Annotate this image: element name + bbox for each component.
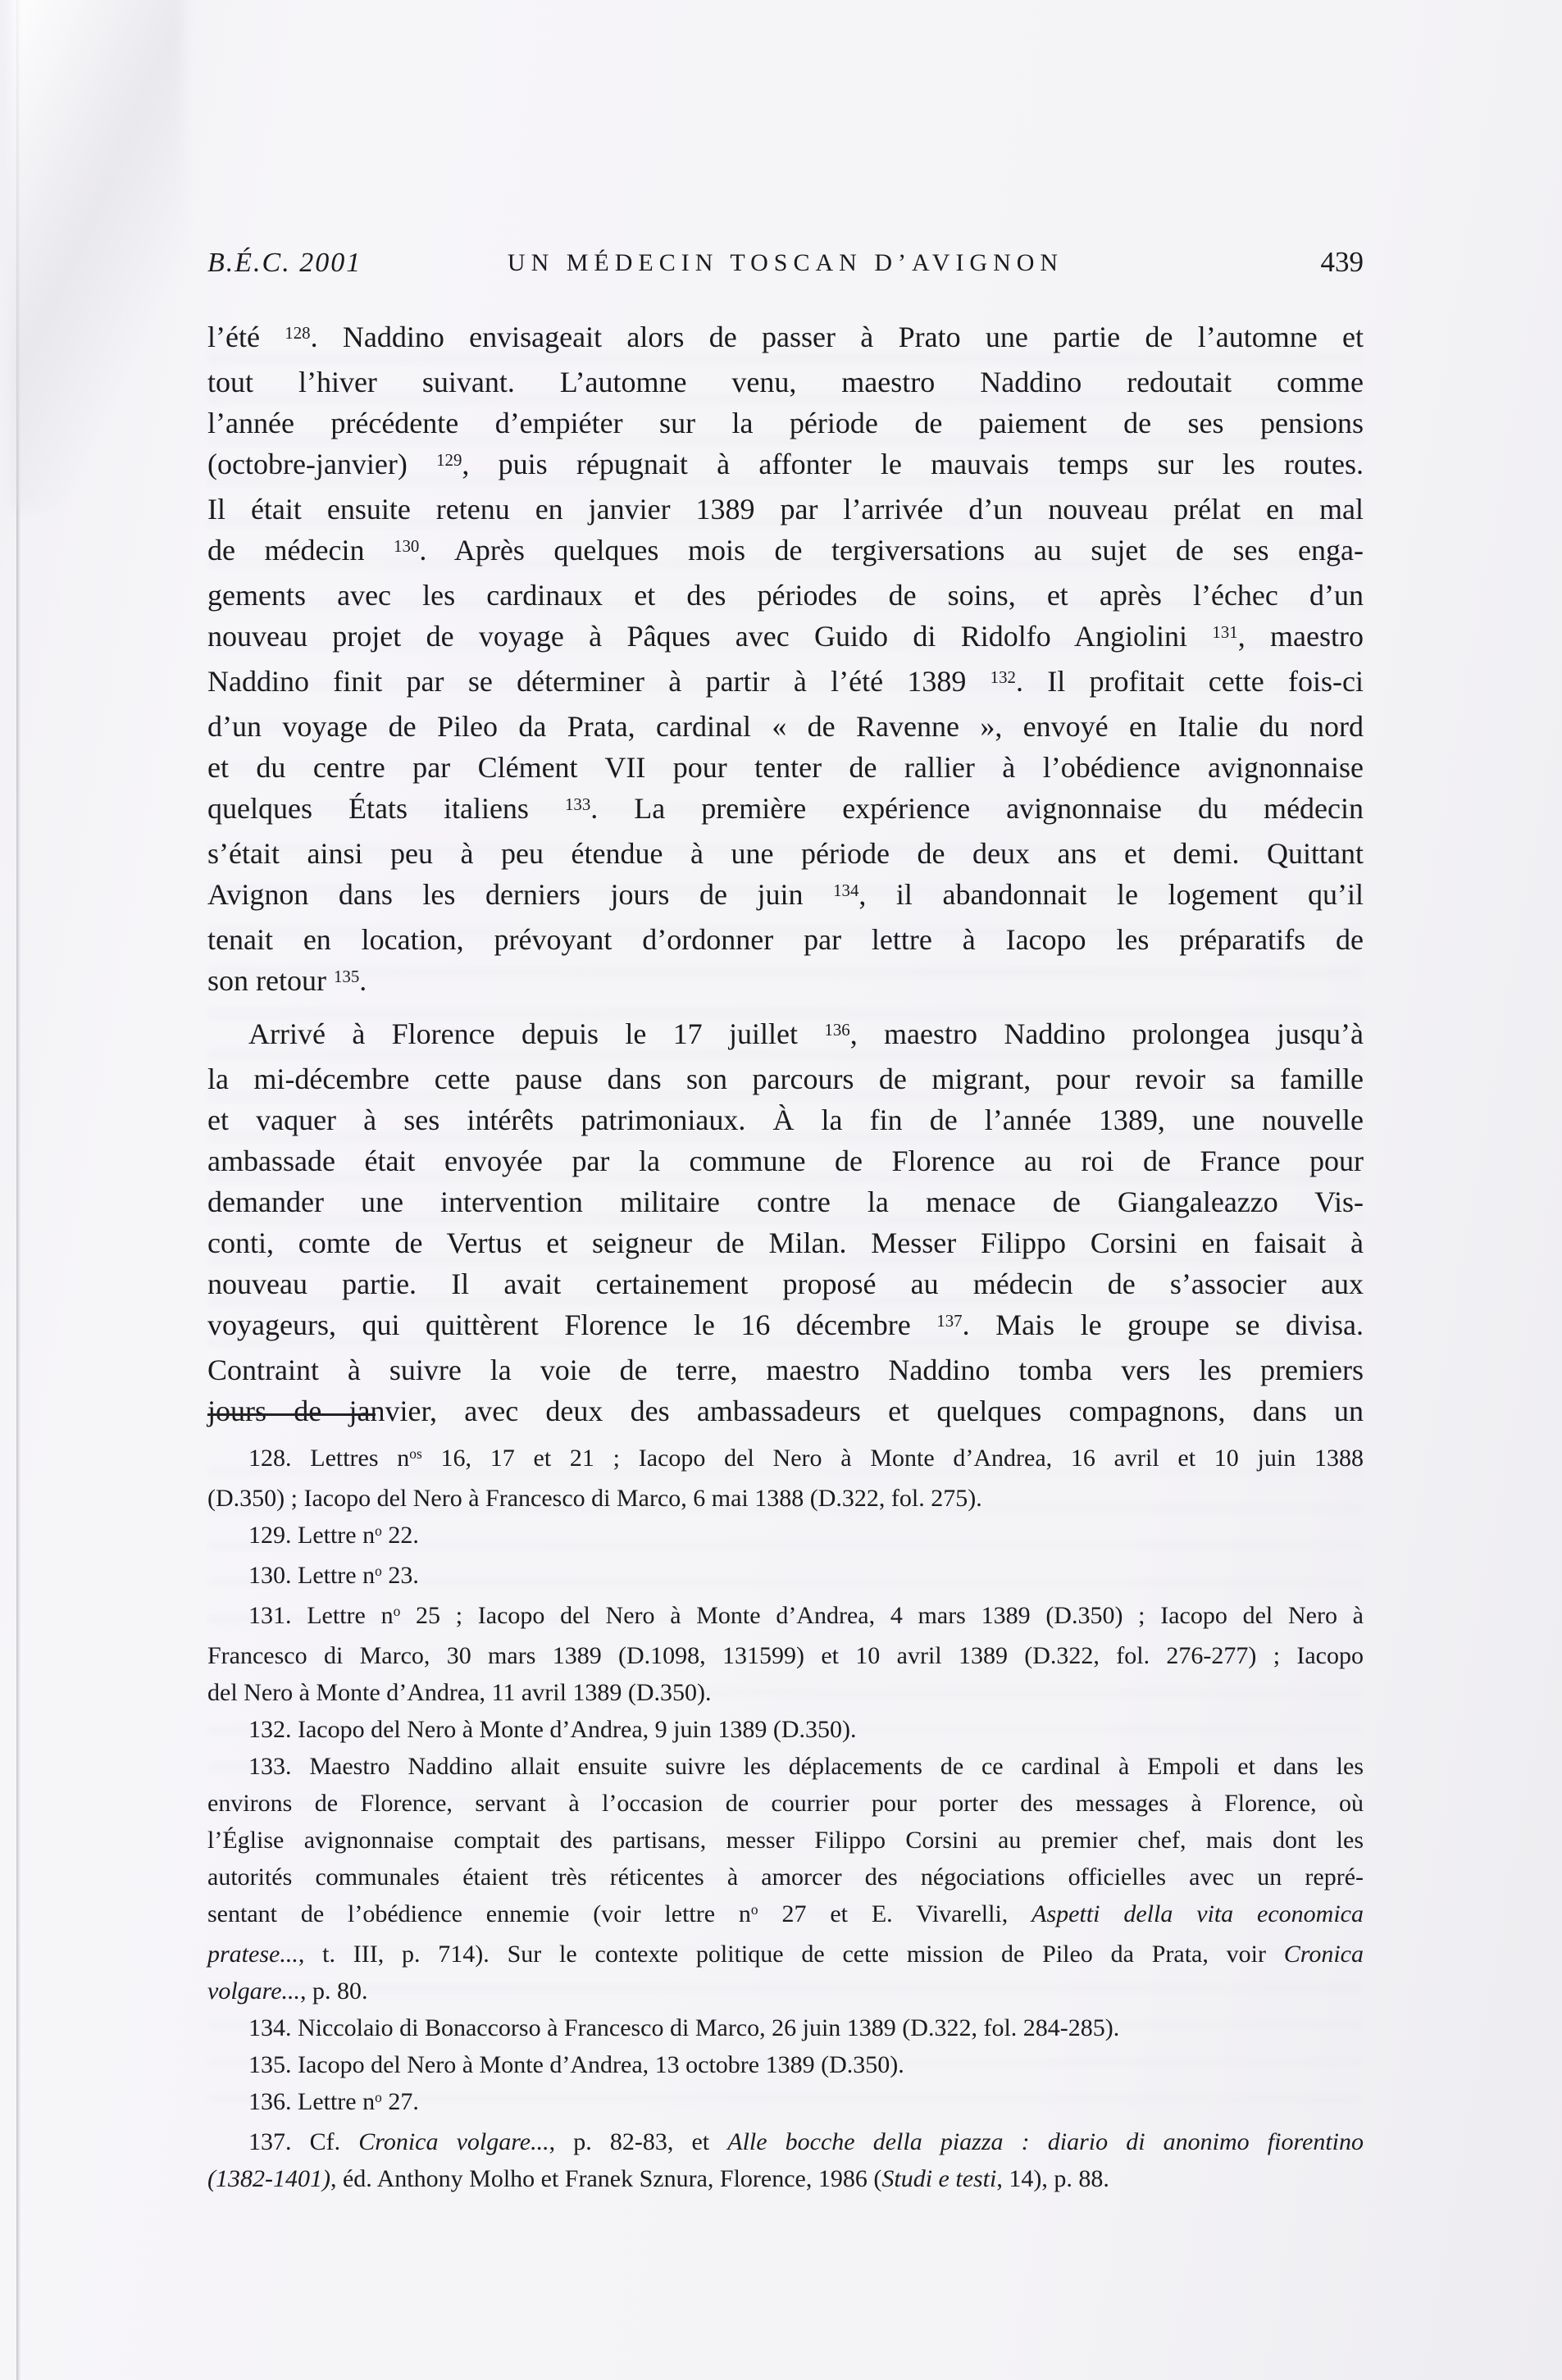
text-run: . Après quelques mois de tergiversations…	[419, 534, 1364, 567]
footnote: 134. Niccolaio di Bonaccorso à Francesco…	[207, 2009, 1364, 2046]
text-run: Francesco di Marco, 30 mars 1389 (D.1098…	[207, 1642, 1364, 1669]
text-line: gements avec les cardinaux et des périod…	[207, 575, 1364, 616]
text-line: (octobre-janvier) 129, puis répugnait à …	[207, 444, 1364, 489]
footnote: 135. Iacopo del Nero à Monte d’Andrea, 1…	[207, 2046, 1364, 2083]
text-run: , maestro Naddino prolongea jusqu’à	[850, 1017, 1364, 1050]
italic-text: Aspetti della vita economica	[1031, 1900, 1364, 1927]
text-line: son retour 135.	[207, 960, 1364, 1005]
text-run: , t. III, p. 714). Sur le contexte polit…	[298, 1941, 1284, 1968]
text-run: 128. Lettres n	[248, 1445, 409, 1472]
footnote-reference: o	[394, 1603, 401, 1619]
text-line: s’était ainsi peu à peu étendue à une pé…	[207, 833, 1364, 874]
text-run: jours de janvier, avec deux des ambassad…	[207, 1395, 1364, 1427]
text-run: et du centre par Clément VII pour tenter…	[207, 751, 1364, 784]
text-run: 136. Lettre n	[248, 2088, 375, 2115]
text-run: , il abandonnait le logement qu’il	[858, 878, 1364, 911]
text-run: . Mais le groupe se divisa.	[963, 1308, 1364, 1341]
text-run: . La première expérience avignonnaise du…	[590, 792, 1364, 825]
footnote-reference: 133	[565, 794, 590, 814]
footnote: 128. Lettres nos 16, 17 et 21 ; Iacopo d…	[207, 1440, 1364, 1517]
text-run: del Nero à Monte d’Andrea, 11 avril 1389…	[207, 1679, 712, 1706]
text-run: sentant de l’obédience ennemie (voir let…	[207, 1900, 751, 1927]
text-line: Il était ensuite retenu en janvier 1389 …	[207, 489, 1364, 530]
text-run: 23.	[382, 1562, 419, 1589]
text-run: 129. Lettre n	[248, 1522, 375, 1549]
paragraph: l’été 128. Naddino envisageait alors de …	[207, 316, 1364, 1005]
text-line: conti, comte de Vertus et seigneur de Mi…	[207, 1222, 1364, 1263]
text-line: 129. Lettre no 22.	[207, 1517, 1364, 1557]
text-line: ambassade était envoyée par la commune d…	[207, 1140, 1364, 1181]
footnote: 137. Cf. Cronica volgare..., p. 82-83, e…	[207, 2123, 1364, 2197]
text-run: gements avec les cardinaux et des périod…	[207, 579, 1364, 612]
text-run: nouveau projet de voyage à Pâques avec G…	[207, 620, 1212, 653]
text-run: et vaquer à ses intérêts patrimoniaux. À…	[207, 1104, 1364, 1136]
footnote: 129. Lettre no 22.	[207, 1517, 1364, 1557]
running-title: UN MÉDECIN TOSCAN D’AVIGNON	[508, 249, 1063, 277]
text-line: (D.350) ; Iacopo del Nero à Francesco di…	[207, 1480, 1364, 1517]
text-run: 133. Maestro Naddino allait ensuite suiv…	[248, 1753, 1364, 1780]
text-run: environs de Florence, servant à l’occasi…	[207, 1790, 1364, 1817]
page-header: B.É.C. 2001 UN MÉDECIN TOSCAN D’AVIGNON …	[207, 241, 1364, 280]
scanned-page: B.É.C. 2001 UN MÉDECIN TOSCAN D’AVIGNON …	[0, 0, 1562, 2380]
text-run: de médecin	[207, 534, 394, 567]
italic-text: Alle bocche della piazza : diario di ano…	[727, 2128, 1364, 2155]
footnote-reference: o	[375, 1522, 382, 1539]
text-run: 25 ; Iacopo del Nero à Monte d’Andrea, 4…	[400, 1602, 1364, 1629]
text-run: son retour	[207, 964, 334, 997]
text-run: Contraint à suivre la voie de terre, mae…	[207, 1354, 1364, 1386]
footnote-separator	[207, 1413, 376, 1416]
text-run: Naddino finit par se déterminer à partir…	[207, 665, 990, 698]
text-run: Arrivé à Florence depuis le 17 juillet	[248, 1017, 824, 1050]
footnote-reference: 134	[833, 881, 858, 900]
text-line: 128. Lettres nos 16, 17 et 21 ; Iacopo d…	[207, 1440, 1364, 1480]
text-run: (D.350) ; Iacopo del Nero à Francesco di…	[207, 1485, 982, 1512]
text-line: nouveau partie. Il avait certainement pr…	[207, 1263, 1364, 1304]
text-line: d’un voyage de Pileo da Prata, cardinal …	[207, 706, 1364, 747]
text-line: demander une intervention militaire cont…	[207, 1181, 1364, 1222]
text-run: 130. Lettre n	[248, 1562, 375, 1589]
text-run: l’année précédente d’empiéter sur la pér…	[207, 407, 1364, 439]
text-line: 131. Lettre no 25 ; Iacopo del Nero à Mo…	[207, 1597, 1364, 1637]
text-line: l’Église avignonnaise comptait des parti…	[207, 1822, 1364, 1859]
text-run: Avignon dans les derniers jours de juin	[207, 878, 833, 911]
text-line: (1382-1401), éd. Anthony Molho et Franek…	[207, 2160, 1364, 2197]
text-line: Contraint à suivre la voie de terre, mae…	[207, 1349, 1364, 1390]
text-line: volgare..., p. 80.	[207, 1973, 1364, 2009]
text-run: voyageurs, qui quittèrent Florence le 16…	[207, 1308, 936, 1341]
text-run: , p. 82-83, et	[549, 2128, 728, 2155]
text-line: Naddino finit par se déterminer à partir…	[207, 661, 1364, 706]
text-run: . Naddino envisageait alors de passer à …	[311, 321, 1364, 353]
journal-issue: B.É.C. 2001	[207, 248, 362, 279]
italic-text: Studi e testi	[881, 2165, 996, 2192]
text-run: , p. 80.	[300, 1977, 368, 2005]
text-line: sentant de l’obédience ennemie (voir let…	[207, 1895, 1364, 1936]
footnote: 130. Lettre no 23.	[207, 1557, 1364, 1597]
footnote-reference: 132	[990, 667, 1016, 687]
footnote-reference: 131	[1212, 622, 1237, 642]
footnote: 131. Lettre no 25 ; Iacopo del Nero à Mo…	[207, 1597, 1364, 1711]
text-line: l’année précédente d’empiéter sur la pér…	[207, 403, 1364, 444]
footnote-reference: 129	[436, 450, 462, 470]
text-run: l’été	[207, 321, 285, 353]
paper-crease	[11, 0, 184, 508]
text-line: pratese..., t. III, p. 714). Sur le cont…	[207, 1936, 1364, 1973]
italic-text: pratese...	[207, 1941, 298, 1968]
footnote-reference: 136	[824, 1020, 849, 1040]
paragraph: Arrivé à Florence depuis le 17 juillet 1…	[207, 1013, 1364, 1431]
text-line: voyageurs, qui quittèrent Florence le 16…	[207, 1304, 1364, 1349]
text-run: .	[359, 964, 367, 997]
text-run: ambassade était envoyée par la commune d…	[207, 1144, 1364, 1177]
text-run: nouveau partie. Il avait certainement pr…	[207, 1267, 1364, 1300]
text-line: autorités communales étaient très rétice…	[207, 1859, 1364, 1895]
text-line: 130. Lettre no 23.	[207, 1557, 1364, 1597]
text-line: l’été 128. Naddino envisageait alors de …	[207, 316, 1364, 362]
text-run: , maestro	[1238, 620, 1364, 653]
text-line: Arrivé à Florence depuis le 17 juillet 1…	[207, 1013, 1364, 1058]
footnote-reference: 137	[936, 1311, 962, 1331]
text-line: 137. Cf. Cronica volgare..., p. 82-83, e…	[207, 2123, 1364, 2160]
footnote-reference: 130	[394, 536, 419, 556]
footnote: 136. Lettre no 27.	[207, 2083, 1364, 2123]
footnote-reference: os	[409, 1445, 421, 1462]
text-run: , puis répugnait à affonter le mauvais t…	[462, 448, 1364, 480]
text-run: autorités communales étaient très rétice…	[207, 1863, 1364, 1891]
text-line: 135. Iacopo del Nero à Monte d’Andrea, 1…	[207, 2046, 1364, 2083]
text-line: tout l’hiver suivant. L’automne venu, ma…	[207, 362, 1364, 403]
footnote-reference: 128	[285, 323, 310, 343]
page-number: 439	[1321, 246, 1364, 279]
text-line: quelques États italiens 133. La première…	[207, 788, 1364, 833]
text-run: s’était ainsi peu à peu étendue à une pé…	[207, 837, 1364, 870]
text-run: 137. Cf.	[248, 2128, 358, 2155]
body-text: l’été 128. Naddino envisageait alors de …	[207, 316, 1364, 1431]
text-run: 132. Iacopo del Nero à Monte d’Andrea, 9…	[248, 1716, 856, 1743]
text-line: 136. Lettre no 27.	[207, 2083, 1364, 2123]
italic-text: (1382-1401)	[207, 2165, 330, 2192]
text-line: de médecin 130. Après quelques mois de t…	[207, 530, 1364, 575]
text-run: quelques États italiens	[207, 792, 565, 825]
text-run: , éd. Anthony Molho et Franek Sznura, Fl…	[330, 2165, 881, 2192]
italic-text: Cronica volgare...	[358, 2128, 549, 2155]
footnote: 132. Iacopo del Nero à Monte d’Andrea, 9…	[207, 1711, 1364, 1748]
text-run: Il était ensuite retenu en janvier 1389 …	[207, 493, 1364, 526]
text-run: 22.	[382, 1522, 419, 1549]
footnote-reference: 135	[334, 967, 359, 986]
text-run: 134. Niccolaio di Bonaccorso à Francesco…	[248, 2014, 1119, 2041]
text-run: 135. Iacopo del Nero à Monte d’Andrea, 1…	[248, 2051, 904, 2078]
text-line: tenait en location, prévoyant d’ordonner…	[207, 919, 1364, 960]
text-run: 16, 17 et 21 ; Iacopo del Nero à Monte d…	[422, 1445, 1364, 1472]
text-line: jours de janvier, avec deux des ambassad…	[207, 1390, 1364, 1431]
text-run: 131. Lettre n	[248, 1602, 394, 1629]
text-run: conti, comte de Vertus et seigneur de Mi…	[207, 1226, 1364, 1259]
italic-text: volgare...	[207, 1977, 300, 2005]
text-run: tenait en location, prévoyant d’ordonner…	[207, 923, 1364, 956]
footnote-reference: o	[375, 1563, 382, 1579]
text-line: Avignon dans les derniers jours de juin …	[207, 874, 1364, 919]
text-line: la mi-décembre cette pause dans son parc…	[207, 1058, 1364, 1099]
footnotes: 128. Lettres nos 16, 17 et 21 ; Iacopo d…	[207, 1440, 1364, 2197]
text-run: , 14), p. 88.	[996, 2165, 1109, 2192]
text-line: et vaquer à ses intérêts patrimoniaux. À…	[207, 1099, 1364, 1140]
footnote-reference: o	[751, 1901, 758, 1918]
text-run: . Il profitait cette fois-ci	[1016, 665, 1364, 698]
text-run: d’un voyage de Pileo da Prata, cardinal …	[207, 710, 1364, 743]
text-line: 132. Iacopo del Nero à Monte d’Andrea, 9…	[207, 1711, 1364, 1748]
text-line: Francesco di Marco, 30 mars 1389 (D.1098…	[207, 1637, 1364, 1674]
text-run: demander une intervention militaire cont…	[207, 1185, 1364, 1218]
text-line: 134. Niccolaio di Bonaccorso à Francesco…	[207, 2009, 1364, 2046]
text-line: environs de Florence, servant à l’occasi…	[207, 1785, 1364, 1822]
text-line: del Nero à Monte d’Andrea, 11 avril 1389…	[207, 1674, 1364, 1711]
text-run: (octobre-janvier)	[207, 448, 436, 480]
text-run: 27 et E. Vivarelli,	[758, 1900, 1032, 1927]
footnote-reference: o	[375, 2089, 382, 2105]
text-line: nouveau projet de voyage à Pâques avec G…	[207, 616, 1364, 661]
text-run: 27.	[382, 2088, 419, 2115]
text-run: l’Église avignonnaise comptait des parti…	[207, 1827, 1364, 1854]
text-line: 133. Maestro Naddino allait ensuite suiv…	[207, 1748, 1364, 1785]
text-line: et du centre par Clément VII pour tenter…	[207, 747, 1364, 788]
text-run: la mi-décembre cette pause dans son parc…	[207, 1063, 1364, 1095]
text-run: tout l’hiver suivant. L’automne venu, ma…	[207, 366, 1364, 398]
footnote: 133. Maestro Naddino allait ensuite suiv…	[207, 1748, 1364, 2009]
italic-text: Cronica	[1284, 1941, 1364, 1968]
